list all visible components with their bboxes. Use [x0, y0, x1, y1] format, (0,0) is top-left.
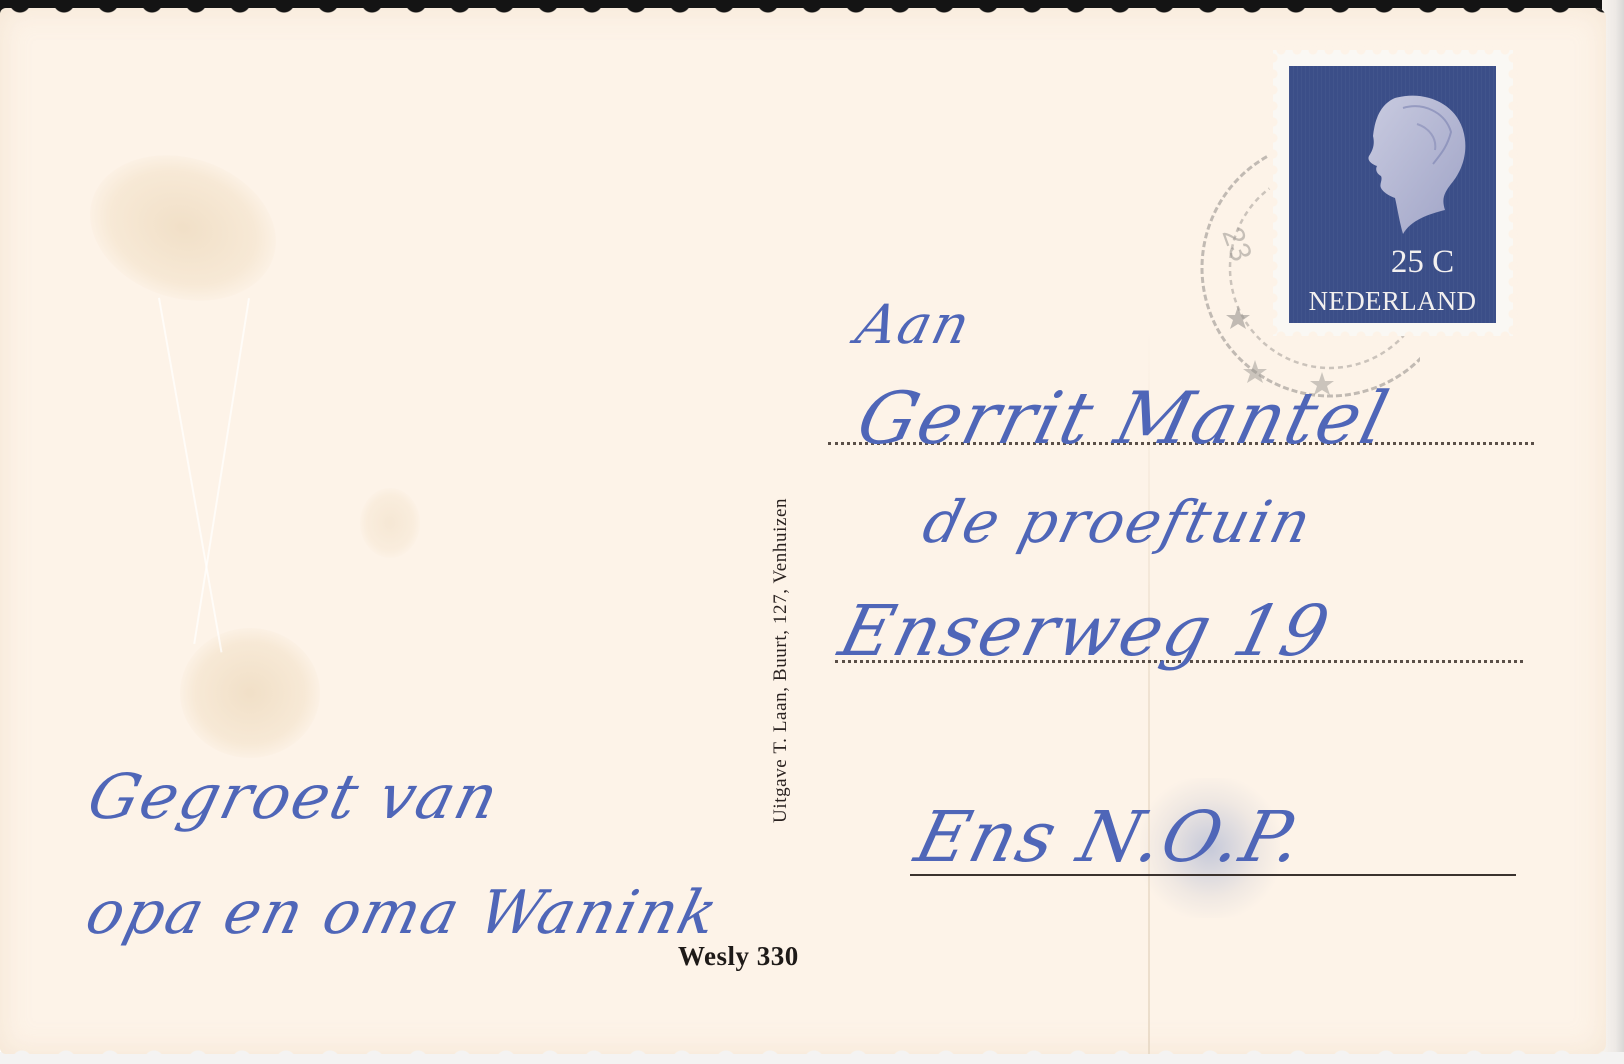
- paper-crease: [193, 298, 250, 644]
- svg-text:23: 23: [1215, 223, 1257, 266]
- address-company: de proeftuin: [917, 488, 1320, 556]
- stamp-perforation: [1507, 50, 1519, 336]
- publisher-imprint: Uitgave T. Laan, Buurt, 127, Venhuizen: [770, 498, 792, 823]
- scalloped-edge-bottom: [0, 1048, 1606, 1054]
- stamp-perforation: [1267, 50, 1279, 336]
- paper-crease: [158, 298, 222, 653]
- stamp-value: 25 C: [1289, 244, 1496, 281]
- stamp-face: 25 C NEDERLAND: [1289, 66, 1496, 323]
- message-line-1: Gegroet van: [81, 760, 507, 833]
- glue-stain: [180, 628, 320, 758]
- stamp-perforation: [1273, 44, 1513, 56]
- queen-portrait-icon: [1333, 88, 1473, 238]
- message-line-2: opa en oma Wanink: [79, 878, 726, 948]
- address-street: Enserweg 19: [832, 590, 1339, 672]
- address-name: Gerrit Mantel: [850, 376, 1398, 460]
- postage-stamp: 25 C NEDERLAND: [1273, 50, 1513, 336]
- address-city: Ens N.O.P.: [908, 796, 1313, 878]
- glue-stain: [360, 488, 420, 558]
- address-salutation: Aan: [850, 293, 978, 356]
- postcard: Uitgave T. Laan, Buurt, 127, Venhuizen W…: [0, 8, 1606, 1054]
- glue-stain: [71, 132, 295, 324]
- scalloped-edge-top: [0, 8, 1606, 16]
- stamp-perforation: [1273, 330, 1513, 342]
- stamp-country: NEDERLAND: [1289, 286, 1496, 317]
